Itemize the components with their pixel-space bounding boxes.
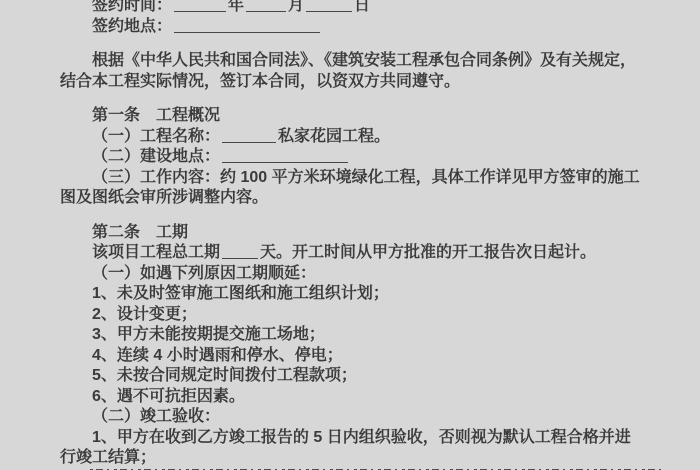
article-2-heading: 第二条 工期	[60, 223, 670, 244]
delay-item-3: 3、甲方未能按期提交施工场地；	[60, 325, 670, 346]
paragraph-break	[60, 209, 670, 223]
article-2-duration-line-text: 天。开工时间从甲方批准的开工报告次日起计。	[260, 244, 596, 261]
article-1-heading-text: 第一条 工程概况	[92, 107, 220, 124]
fill-in-blank	[174, 18, 320, 33]
signing-place-line-text: 签约地点：	[92, 18, 172, 35]
article-1-item-3-line-1-text: （三）工作内容：约 100 平方米环境绿化工程，具体工作详见甲方签审的施工	[92, 169, 640, 186]
paragraph-break	[60, 92, 670, 106]
article-1-item-3-line-1: （三）工作内容：约 100 平方米环境绿化工程，具体工作详见甲方签审的施工	[60, 168, 670, 189]
article-2-sub-1-heading: （一）如遇下列原因工期顺延：	[60, 264, 670, 285]
delay-item-6: 6、遇不可抗拒因素。	[60, 387, 670, 408]
delay-item-1-text: 1、未及时签审施工图纸和施工组织计划；	[92, 285, 389, 302]
delay-item-4-text: 4、连续 4 小时遇雨和停水、停电；	[92, 347, 343, 364]
signing-time-line-text: 签约时间：	[92, 0, 172, 14]
signing-time-line-text: 年	[228, 0, 244, 14]
fill-in-blank	[222, 244, 258, 259]
article-1-item-3-line-2: 图及图纸会审所涉调整内容。	[60, 188, 670, 209]
acceptance-item-1-line-2-text: 行竣工结算；	[60, 449, 156, 466]
signing-time-line-text: 月	[288, 0, 304, 14]
fill-in-blank	[174, 0, 226, 12]
signing-time-line: 签约时间：年月日	[60, 0, 670, 17]
delay-item-1: 1、未及时签审施工图纸和施工组织计划；	[60, 284, 670, 305]
preamble-line-2: 结合本工程实际情况，签订本合同，以资双方共同遵守。	[60, 72, 670, 93]
acceptance-item-1-line-1-text: 1、甲方在收到乙方竣工报告的 5 日内组织验收，否则视为默认工程合格并进	[92, 429, 631, 446]
article-2-sub-2-heading: （二）竣工验收：	[60, 407, 670, 428]
acceptance-item-1-line-2: 行竣工结算；	[60, 448, 670, 469]
delay-item-6-text: 6、遇不可抗拒因素。	[92, 388, 245, 405]
contract-text-block: 签约时间：年月日签约地点：根据《中华人民共和国合同法》、《建筑安装工程承包合同条…	[60, 0, 670, 470]
contract-document-page: 签约时间：年月日签约地点：根据《中华人民共和国合同法》、《建筑安装工程承包合同条…	[0, 0, 700, 470]
signing-time-line-text: 日	[354, 0, 370, 14]
article-1-item-1-text: 私家花园工程。	[278, 128, 390, 145]
article-2-duration-line: 该项目工程总工期天。开工时间从甲方批准的开工报告次日起计。	[60, 243, 670, 264]
article-1-item-2: （二）建设地点：	[60, 147, 670, 168]
acceptance-item-1-line-1: 1、甲方在收到乙方竣工报告的 5 日内组织验收，否则视为默认工程合格并进	[60, 428, 670, 449]
delay-item-2: 2、设计变更；	[60, 305, 670, 326]
fill-in-blank	[222, 148, 348, 163]
fill-in-blank	[222, 128, 276, 143]
article-2-sub-2-heading-text: （二）竣工验收：	[92, 408, 220, 425]
delay-item-2-text: 2、设计变更；	[92, 306, 197, 323]
signing-place-line: 签约地点：	[60, 17, 670, 38]
article-2-heading-text: 第二条 工期	[92, 224, 188, 241]
preamble-line-1-text: 根据《中华人民共和国合同法》、《建筑安装工程承包合同条例》及有关规定，	[92, 52, 636, 69]
article-1-heading: 第一条 工程概况	[60, 106, 670, 127]
article-2-duration-line-text: 该项目工程总工期	[92, 244, 220, 261]
article-1-item-2-text: （二）建设地点：	[92, 148, 220, 165]
delay-item-4: 4、连续 4 小时遇雨和停水、停电；	[60, 346, 670, 367]
delay-item-3-text: 3、甲方未能按期提交施工场地；	[92, 326, 325, 343]
preamble-line-1: 根据《中华人民共和国合同法》、《建筑安装工程承包合同条例》及有关规定，	[60, 51, 670, 72]
paragraph-break	[60, 37, 670, 51]
fill-in-blank	[306, 0, 352, 12]
fill-in-blank	[246, 0, 286, 12]
article-1-item-1-text: （一）工程名称：	[92, 128, 220, 145]
preamble-line-2-text: 结合本工程实际情况，签订本合同，以资双方共同遵守。	[60, 73, 460, 90]
article-2-sub-1-heading-text: （一）如遇下列原因工期顺延：	[92, 265, 316, 282]
article-1-item-1: （一）工程名称：私家花园工程。	[60, 127, 670, 148]
article-1-item-3-line-2-text: 图及图纸会审所涉调整内容。	[60, 189, 268, 206]
delay-item-5-text: 5、未按合同规定时间拨付工程款项；	[92, 367, 357, 384]
delay-item-5: 5、未按合同规定时间拨付工程款项；	[60, 366, 670, 387]
